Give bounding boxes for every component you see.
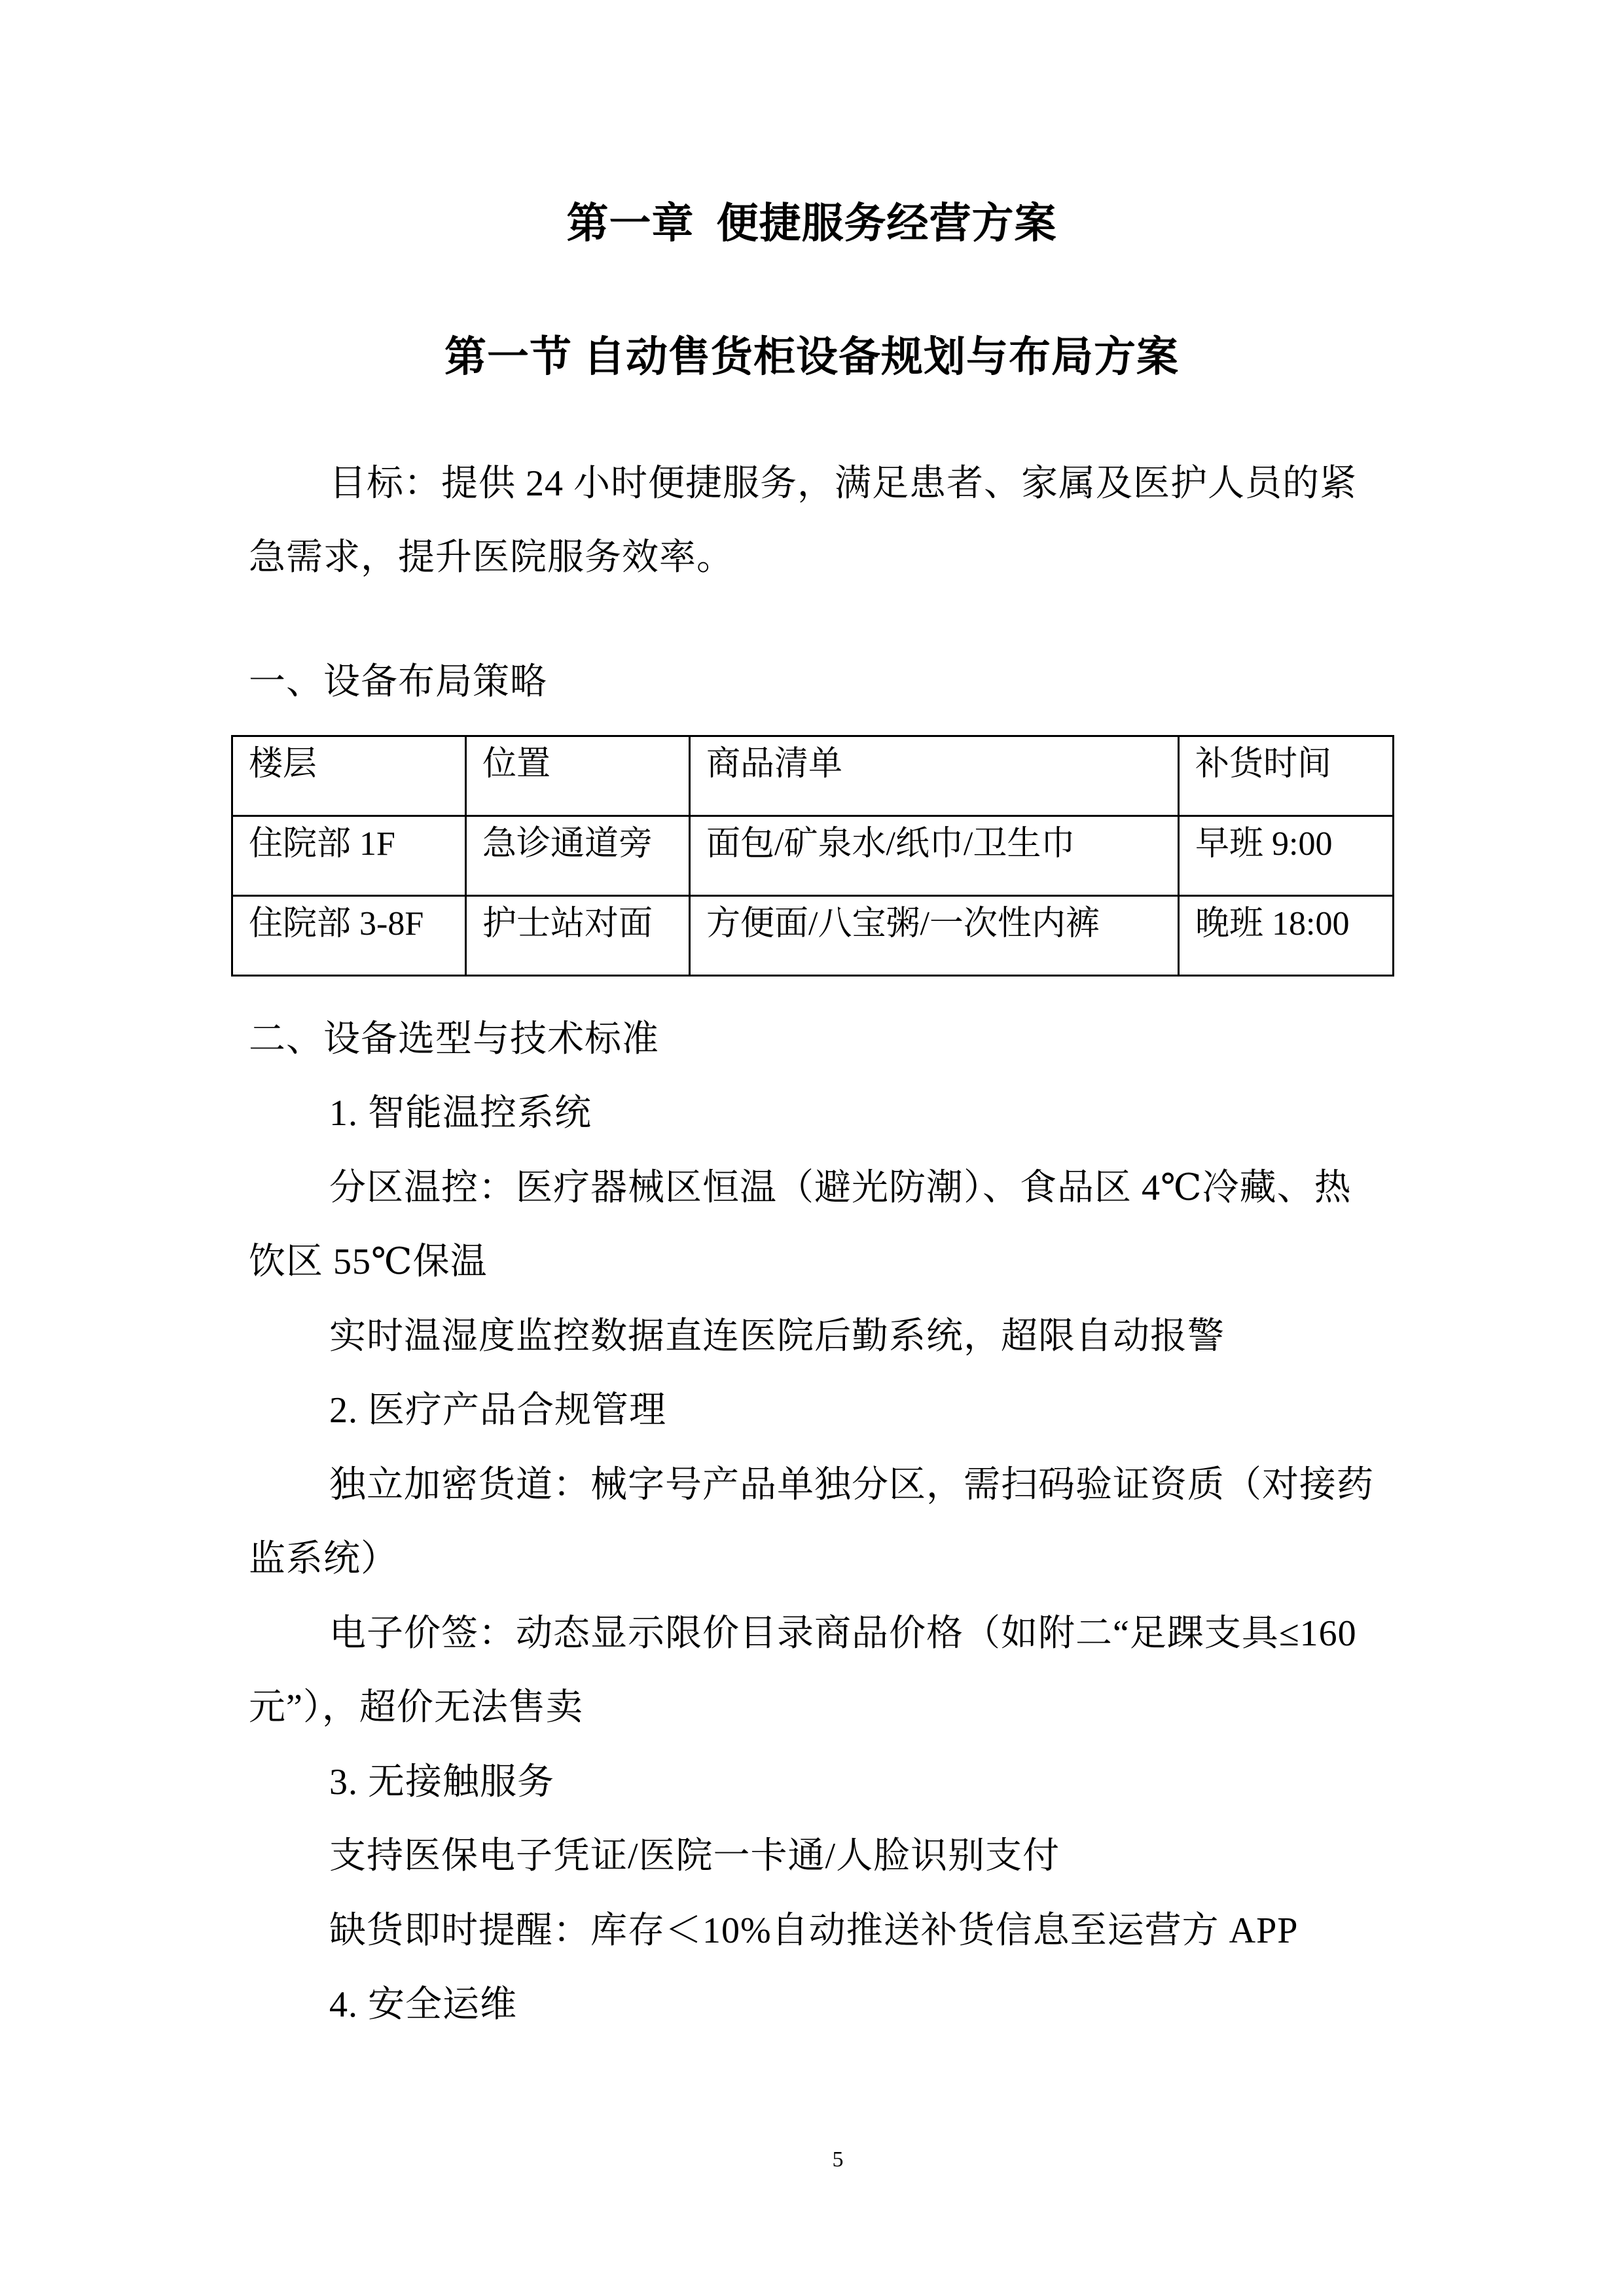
table-header-cell: 楼层 [232, 736, 466, 816]
item-1-zone-control-line-1: 分区温控：医疗器械区恒温（避光防潮）、食品区 4℃冷藏、热 [249, 1151, 1378, 1225]
table-cell: 急诊通道旁 [466, 816, 690, 896]
item-3-title: 3. 无接触服务 [249, 1746, 1378, 1820]
item-1-monitoring: 实时温湿度监控数据直连医院后勤系统，超限自动报警 [249, 1300, 1378, 1374]
table-header-cell: 位置 [466, 736, 690, 816]
page-number: 5 [812, 2147, 864, 2173]
item-3-payment: 支持医保电子凭证/医院一卡通/人脸识别支付 [249, 1820, 1378, 1893]
table-cell: 晚班 18:00 [1179, 896, 1394, 976]
table-row: 住院部 1F 急诊通道旁 面包/矿泉水/纸巾/卫生巾 早班 9:00 [232, 816, 1394, 896]
item-2-encrypted-lane-line-1: 独立加密货道：械字号产品单独分区，需扫码验证资质（对接药 [249, 1448, 1378, 1522]
table-cell: 方便面/八宝粥/一次性内裤 [690, 896, 1179, 976]
item-1-zone-control-line-2: 饮区 55℃保温 [249, 1225, 1378, 1299]
item-2-title: 2. 医疗产品合规管理 [249, 1374, 1378, 1448]
table-cell: 住院部 1F [232, 816, 466, 896]
item-3-restock-alert: 缺货即时提醒：库存＜10%自动推送补货信息至运营方 APP [249, 1894, 1378, 1968]
item-1-title: 1. 智能温控系统 [249, 1077, 1378, 1151]
item-2-encrypted-lane-line-2: 监系统） [249, 1522, 1378, 1596]
chapter-title: 第一章 便捷服务经营方案 [249, 198, 1375, 250]
table-cell: 早班 9:00 [1179, 816, 1394, 896]
layout-table: 楼层 位置 商品清单 补货时间 住院部 1F 急诊通道旁 面包/矿泉水/纸巾/卫… [231, 735, 1394, 977]
item-2-price-tag-line-1: 电子价签：动态显示限价目录商品价格（如附二“足踝支具≤160 [249, 1597, 1378, 1671]
goal-paragraph-line-2: 急需求，提升医院服务效率。 [249, 521, 1378, 595]
goal-paragraph-line-1: 目标：提供 24 小时便捷服务，满足患者、家属及医护人员的紧 [249, 447, 1378, 521]
heading-equipment-standards: 二、设备选型与技术标准 [249, 1003, 1378, 1077]
item-2-price-tag-line-2: 元”），超价无法售卖 [249, 1671, 1378, 1745]
table-cell: 住院部 3-8F [232, 896, 466, 976]
table-header-row: 楼层 位置 商品清单 补货时间 [232, 736, 1394, 816]
item-4-title: 4. 安全运维 [249, 1968, 1378, 2042]
table-cell: 面包/矿泉水/纸巾/卫生巾 [690, 816, 1179, 896]
document-page: 第一章 便捷服务经营方案 第一节 自动售货柜设备规划与布局方案 目标：提供 24… [0, 0, 1624, 2296]
table-cell: 护士站对面 [466, 896, 690, 976]
table-row: 住院部 3-8F 护士站对面 方便面/八宝粥/一次性内裤 晚班 18:00 [232, 896, 1394, 976]
table-header-cell: 补货时间 [1179, 736, 1394, 816]
section-title: 第一节 自动售货柜设备规划与布局方案 [249, 331, 1375, 384]
heading-layout-strategy: 一、设备布局策略 [249, 645, 1378, 719]
table-header-cell: 商品清单 [690, 736, 1179, 816]
